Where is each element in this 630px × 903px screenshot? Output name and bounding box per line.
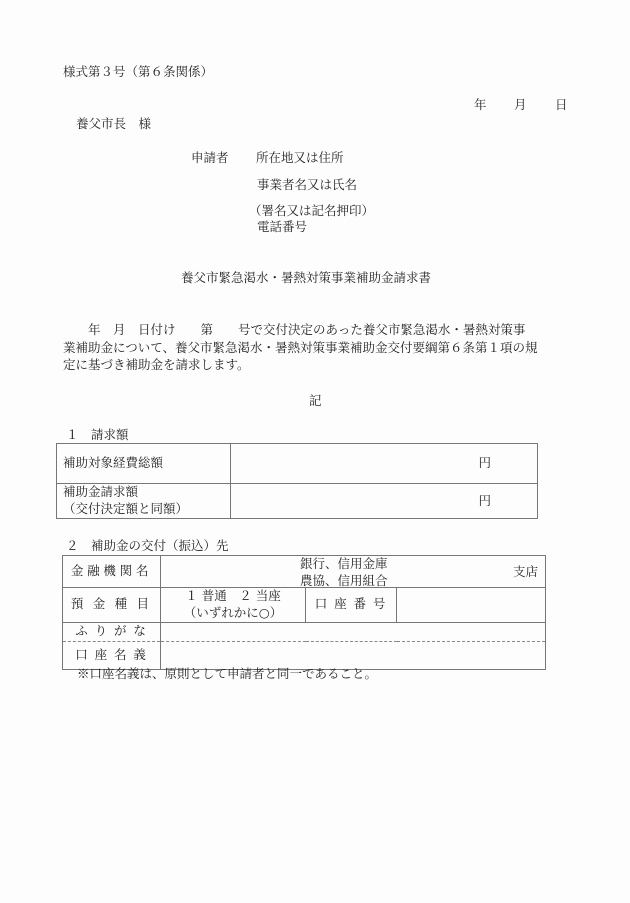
applicant-phone-label: 電話番号 — [257, 219, 307, 235]
deposit-type-field[interactable]: １ 普通 ２ 当座 （いずれかに○） — [161, 588, 306, 623]
yen-unit: 円 — [478, 493, 491, 508]
deposit-type-label: 預金種目 — [63, 588, 161, 623]
addressee: 養父市長 様 — [76, 116, 151, 132]
furigana-label: ふりがな — [63, 622, 161, 641]
document-title: 養父市緊急渇水・暑熱対策事業補助金請求書 — [181, 270, 431, 286]
body-line-2: 業補助金について、養父市緊急渇水・暑熱対策事業補助金交付要綱第６条第１項の規 — [63, 340, 538, 356]
applicant-seal-label: （署名又は記名押印） — [249, 203, 374, 219]
ki-label: 記 — [309, 393, 322, 409]
claim-amount-table: 補助対象経費総額 円 補助金請求額 （交付決定額と同額） 円 — [56, 443, 538, 519]
date-day-label: 日 — [555, 97, 568, 113]
total-eligible-cost-field[interactable]: 円 — [231, 444, 538, 484]
table-row: 預金種目 １ 普通 ２ 当座 （いずれかに○） 口座番号 — [63, 588, 546, 623]
furigana-field[interactable] — [161, 622, 546, 641]
table-row: 補助対象経費総額 円 — [57, 444, 538, 484]
bank-name-field[interactable]: 銀行、信用金庫 農協、信用組合 支店 — [161, 556, 546, 588]
bank-name-label: 金融機関名 — [63, 556, 161, 588]
claim-amount-field[interactable]: 円 — [231, 484, 538, 519]
claim-amount-label: 補助金請求額 （交付決定額と同額） — [57, 484, 231, 519]
transfer-destination-table: 金融機関名 銀行、信用金庫 農協、信用組合 支店 預金種目 １ 普通 ２ 当座 … — [62, 555, 546, 670]
account-name-note: ※口座名義は、原則として申請者と同一であること。 — [77, 666, 377, 682]
body-line-1: 年 月 日付け 第 号で交付決定のあった養父市緊急渇水・暑熱対策事 — [63, 322, 525, 338]
bank-types-line-1: 銀行、信用金庫 — [300, 556, 388, 573]
account-number-field[interactable] — [397, 588, 546, 623]
body-line-3: 定に基づき補助金を請求します。 — [63, 357, 250, 373]
yen-unit: 円 — [478, 455, 491, 470]
date-month-label: 月 — [514, 97, 527, 113]
account-number-label: 口座番号 — [306, 588, 397, 623]
applicant-address-label: 所在地又は住所 — [256, 150, 344, 166]
applicant-name-label: 事業者名又は氏名 — [257, 177, 357, 193]
date-year-label: 年 — [474, 97, 487, 113]
table-row: 補助金請求額 （交付決定額と同額） 円 — [57, 484, 538, 519]
total-eligible-cost-label: 補助対象経費総額 — [57, 444, 231, 484]
section1-heading: １ 請求額 — [66, 427, 129, 443]
section2-heading: ２ 補助金の交付（振込）先 — [66, 538, 229, 554]
table-row: ふりがな — [63, 622, 546, 641]
form-number: 様式第３号（第６条関係） — [63, 64, 213, 80]
applicant-label: 申請者 — [191, 150, 229, 166]
branch-label: 支店 — [513, 564, 538, 581]
bank-types-line-2: 農協、信用組合 — [300, 573, 388, 590]
deposit-note: （いずれかに○） — [161, 605, 305, 622]
deposit-options: １ 普通 ２ 当座 — [161, 588, 305, 605]
table-row: 金融機関名 銀行、信用金庫 農協、信用組合 支店 — [63, 556, 546, 588]
